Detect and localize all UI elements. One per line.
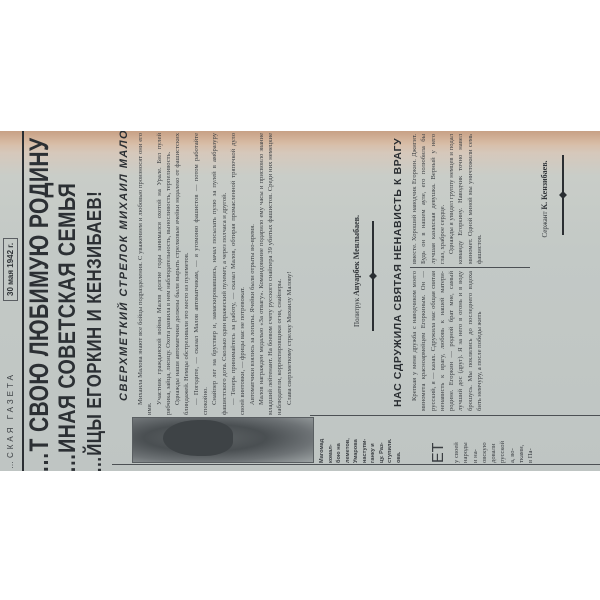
signature-malov: Политрук Ануарбек Менлыбаев. (352, 191, 361, 351)
article-title-hatred: НАС СДРУЖИЛА СВЯТАЯ НЕНАВИСТЬ К ВРАГУ (392, 138, 404, 407)
paragraph: — Теперь принимайтесь за работу, — сказа… (229, 133, 248, 415)
side-column-fragment: Магомад комал- бою на леметов, Умарова н… (318, 419, 403, 463)
headline-1: …Т СВОЮ ЛЮБИМУЮ РОДИНУ (24, 137, 55, 471)
newspaper-photo: …СКАЯ ГАЗЕТА 30 мая 1942 г. …Т СВОЮ ЛЮБИ… (0, 131, 600, 471)
article-title-malov: СВЕРХМЕТКИЙ СТРЕЛОК МИХАИЛ МАЛОВ (118, 131, 130, 401)
portrait-photo (132, 417, 314, 463)
article-body-malov: Михаила Малова знают все бойцы подраздел… (136, 133, 294, 415)
column-rule (410, 267, 530, 268)
masthead-fragment: …СКАЯ ГАЗЕТА (6, 372, 15, 469)
headline-2: …ИНАЯ СОВЕТСКАЯ СЕМЬЯ (54, 183, 82, 471)
column-rule (112, 464, 600, 465)
paragraph: Участник гражданской войны Малов долгие … (155, 133, 174, 415)
column-rule (310, 415, 600, 416)
headline-3: …ЙЦЫ ЕГОРКИН И КЕНЗИБАЕВ! (84, 191, 107, 471)
paragraph: Автоматчики взялись за лопаты. Ячейки бы… (248, 133, 257, 415)
paragraph: Снайпер лег на бруствер и, замаскировавш… (210, 133, 229, 415)
paragraph: Михаила Малова знают все бойцы подраздел… (136, 133, 155, 415)
article-col2-hatred: вместе. Хороший наводчик Егоркин. Джигит… (410, 134, 484, 264)
article-col1-hatred: Крепкая у меня дружба с наводчиком моего… (410, 271, 484, 411)
paragraph: — Погодите, — сказал Малов автоматчикам,… (192, 133, 211, 415)
signature-hatred: Сержант К. Кензибаев. (540, 134, 549, 264)
paragraph: Однажды наши автоматчики должны были выр… (173, 133, 192, 415)
divider-ornament (562, 155, 564, 235)
paragraph: Слава сверхметкому стрелку Михаилу Малов… (285, 133, 294, 415)
divider-ornament (372, 221, 374, 331)
photo-detail (163, 420, 233, 456)
newspaper-page: …СКАЯ ГАЗЕТА 30 мая 1942 г. …Т СВОЮ ЛЮБИ… (0, 131, 600, 471)
paragraph: Малов награжден медалью «За отвагу». Ком… (257, 133, 285, 415)
issue-date: 30 мая 1942 г. (3, 238, 18, 301)
lower-column-fragment: ЕТ у своей народы и на- овскую довали ру… (430, 417, 536, 463)
